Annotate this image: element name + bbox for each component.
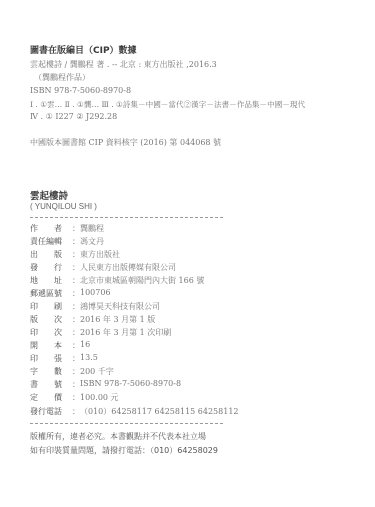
detail-value: 2016 年 3 月第 1 次印刷 xyxy=(80,327,171,338)
detail-value: 東方出版社 xyxy=(80,249,120,260)
detail-value: 龔鵬程 xyxy=(80,223,104,234)
detail-row-postcode: 郵遞區號： 100706 xyxy=(30,288,111,299)
detail-label: 定 價 xyxy=(30,392,72,403)
cip-citation: 雲起樓詩 / 龔鵬程 著 . -- 北京 : 東方出版社 ,2016.3 xyxy=(30,59,217,70)
detail-label: 印 刷 xyxy=(30,301,72,312)
detail-value: 100706 xyxy=(80,288,111,299)
detail-row-sheets: 印 張： 13.5 xyxy=(30,353,98,364)
cip-record-number: 中國版本圖書館 CIP 資料核字 (2016) 第 044068 號 xyxy=(30,137,221,148)
detail-label: 開 本 xyxy=(30,340,72,351)
detail-row-word-count: 字 數： 200 千字 xyxy=(30,366,114,377)
divider-top xyxy=(30,217,223,218)
detail-row-distributor: 發 行： 人民東方出版傳媒有限公司 xyxy=(30,262,176,273)
detail-label: 責任編輯 xyxy=(30,236,72,247)
detail-value: 13.5 xyxy=(80,353,98,364)
cip-isbn: ISBN 978-7-5060-8970-8 xyxy=(30,86,131,95)
detail-label: 印 次 xyxy=(30,327,72,338)
detail-row-price: 定 價： 100.00 元 xyxy=(30,392,119,403)
detail-label: 郵遞區號 xyxy=(30,288,72,299)
detail-value: 200 千字 xyxy=(80,366,114,377)
detail-row-edition: 版 次： 2016 年 3 月第 1 版 xyxy=(30,314,155,325)
copyright-notice: 版權所有，違者必究。本書觀點并不代表本社立場 xyxy=(30,431,206,442)
detail-label: 發 行 xyxy=(30,262,72,273)
detail-row-address: 地 址： 北京市東城區朝陽門內大街 166 號 xyxy=(30,275,204,286)
detail-label: 字 數 xyxy=(30,366,72,377)
detail-value: 16 xyxy=(80,340,90,351)
cip-series: （龔鵬程作品） xyxy=(34,72,90,83)
detail-label: 版 次 xyxy=(30,314,72,325)
detail-row-phone: 發行電話： （010）64258117 64258115 64258112 xyxy=(30,406,239,417)
cip-subjects: Ⅰ . ①雲… Ⅱ . ①龔… Ⅲ . ①詩集－中國－當代②漢字－法書－作品集－… xyxy=(30,99,305,110)
detail-value: （010）64258117 64258115 64258112 xyxy=(80,406,239,417)
book-pinyin: ( YUNQILOU SHI ) xyxy=(30,202,97,211)
detail-value: 100.00 元 xyxy=(80,392,119,403)
detail-row-printer: 印 刷： 鴻博昊天科技有限公司 xyxy=(30,301,160,312)
detail-label: 發行電話 xyxy=(30,406,72,417)
detail-row-author: 作 者： 龔鵬程 xyxy=(30,223,104,234)
detail-row-publisher: 出 版： 東方出版社 xyxy=(30,249,120,260)
detail-label: 書 號 xyxy=(30,379,72,390)
cip-heading: 圖書在版編目（CIP）數據 xyxy=(30,43,137,56)
detail-value: 2016 年 3 月第 1 版 xyxy=(80,314,155,325)
detail-row-printing: 印 次： 2016 年 3 月第 1 次印刷 xyxy=(30,327,171,338)
detail-row-isbn: 書 號： ISBN 978-7-5060-8970-8 xyxy=(30,379,181,390)
detail-value: 馮文丹 xyxy=(80,236,104,247)
detail-row-editor: 責任編輯： 馮文丹 xyxy=(30,236,104,247)
detail-label: 作 者 xyxy=(30,223,72,234)
detail-label: 出 版 xyxy=(30,249,72,260)
detail-value: 鴻博昊天科技有限公司 xyxy=(80,301,160,312)
cip-classification: Ⅳ . ① I227 ② J292.28 xyxy=(30,112,117,121)
detail-value: 人民東方出版傳媒有限公司 xyxy=(80,262,176,273)
book-title: 雲起樓詩 xyxy=(30,188,68,202)
detail-row-format: 開 本： 16 xyxy=(30,340,90,351)
detail-label: 地 址 xyxy=(30,275,72,286)
quality-hotline: 如有印裝質量問題，請撥打電話：（010）64258029 xyxy=(30,445,218,456)
detail-value: 北京市東城區朝陽門內大街 166 號 xyxy=(80,275,204,286)
detail-label: 印 張 xyxy=(30,353,72,364)
divider-bottom xyxy=(30,423,223,424)
detail-value: ISBN 978-7-5060-8970-8 xyxy=(80,379,181,390)
